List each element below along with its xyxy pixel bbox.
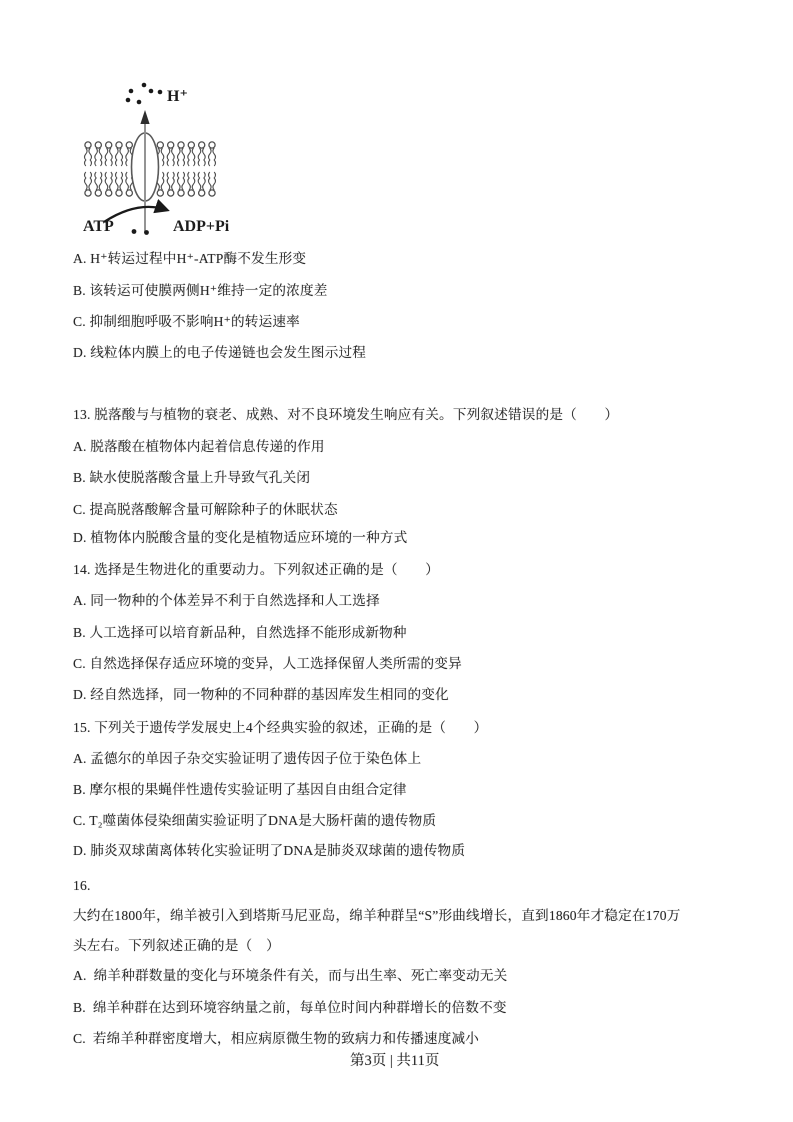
question-14-option-d: D. 经自然选择，同一物种的不同种群的基因库发生相同的变化 (73, 685, 449, 705)
question-13-option-a: A. 脱落酸在植物体内起着信息传递的作用 (73, 437, 325, 457)
h-ion-label: H⁺ (167, 88, 188, 105)
question-15-option-d: D. 肺炎双球菌离体转化实验证明了DNA是肺炎双球菌的遗传物质 (73, 841, 465, 861)
exam-page: H⁺ ATP ADP+Pi A. H⁺转运过程中H⁺-ATP酶不 (0, 0, 793, 1122)
h-ion-dots-outside (126, 83, 163, 105)
question-16-option-b: B. 绵羊种群在达到环境容纳量之前，每单位时间内种群增长的倍数不变 (73, 998, 507, 1018)
question-16-option-a: A. 绵羊种群数量的变化与环境条件有关，而与出生率、死亡率变动无关 (73, 966, 507, 986)
question-14-option-c: C. 自然选择保存适应环境的变异，人工选择保留人类所需的变异 (73, 654, 462, 674)
question-16-number: 16. (73, 876, 91, 896)
question-15-option-a: A. 孟德尔的单因子杂交实验证明了遗传因子位于染色体上 (73, 749, 421, 769)
question-13-stem: 13. 脱落酸与与植物的衰老、成熟、对不良环境发生响应有关。下列叙述错误的是（ … (73, 405, 618, 425)
question-12-option-d: D. 线粒体内膜上的电子传递链也会发生图示过程 (73, 343, 366, 363)
page-footer: 第3页 | 共11页 (350, 1049, 439, 1070)
question-13-option-c: C. 提高脱落酸解含量可解除种子的休眠状态 (73, 500, 338, 520)
question-16-stem-line2: 头左右。下列叙述正确的是（ ） (73, 936, 280, 956)
question-12-option-b: B. 该转运可使膜两侧H⁺维持一定的浓度差 (73, 281, 328, 301)
question-14-option-b: B. 人工选择可以培育新品种，自然选择不能形成新物种 (73, 623, 407, 643)
question-16-option-c: C. 若绵羊种群密度增大，相应病原微生物的致病力和传播速度减小 (73, 1029, 479, 1049)
h-ion-dots-inside (132, 229, 149, 235)
question-12-option-a: A. H⁺转运过程中H⁺-ATP酶不发生形变 (73, 249, 306, 269)
question-14-option-a: A. 同一物种的个体差异不利于自然选择和人工选择 (73, 591, 380, 611)
question-13-option-b: B. 缺水使脱落酸含量上升导致气孔关闭 (73, 468, 310, 488)
question-12-option-c: C. 抑制细胞呼吸不影响H⁺的转运速率 (73, 312, 300, 332)
proton-pump-diagram: H⁺ ATP ADP+Pi (60, 75, 320, 255)
question-16-stem-line1: 大约在1800年，绵羊被引入到塔斯马尼亚岛，绵羊种群呈“S”形曲线增长，直到18… (73, 906, 681, 926)
question-15-option-b: B. 摩尔根的果蝇伴性遗传实验证明了基因自由组合定律 (73, 780, 407, 800)
question-13-option-d: D. 植物体内脱酸含量的变化是植物适应环境的一种方式 (73, 528, 407, 548)
adp-pi-label: ADP+Pi (173, 218, 230, 235)
question-14-stem: 14. 选择是生物进化的重要动力。下列叙述正确的是（ ） (73, 560, 439, 580)
question-15-stem: 15. 下列关于遗传学发展史上4个经典实验的叙述，正确的是（ ） (73, 718, 487, 738)
atp-label: ATP (83, 218, 114, 235)
question-15-option-c: C. T₂噬菌体侵染细菌实验证明了DNA是大肠杆菌的遗传物质 (73, 811, 436, 831)
